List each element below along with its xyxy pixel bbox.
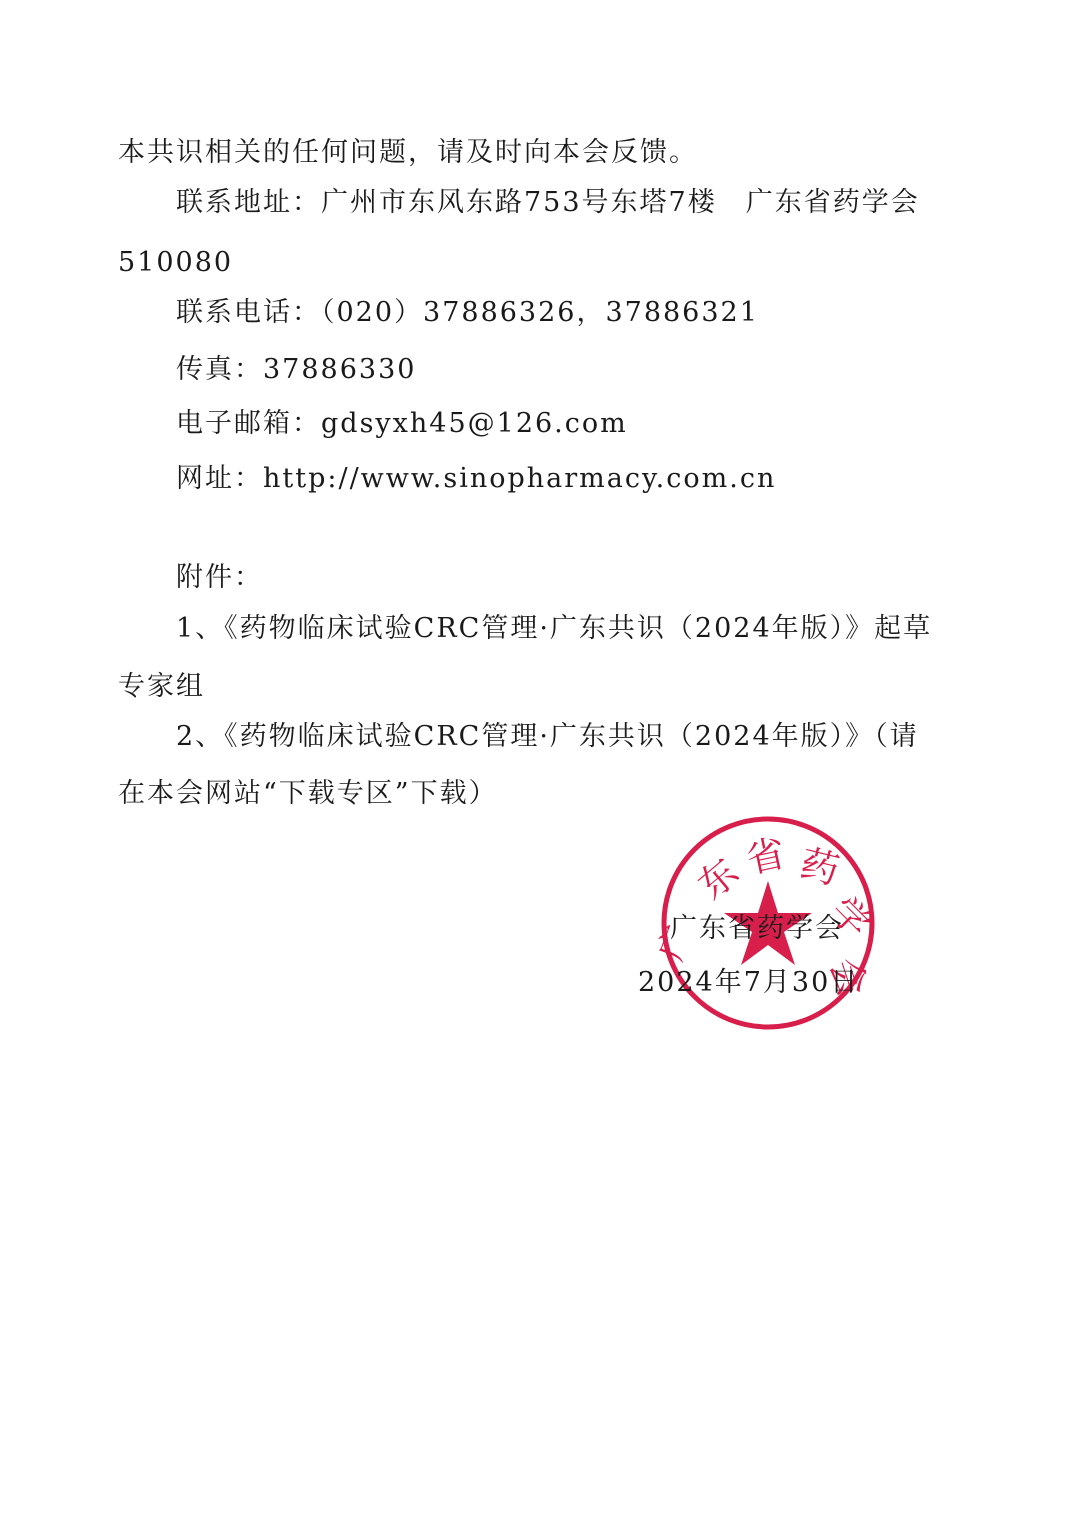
attachment-1-cont: 专家组 [118,670,205,704]
contact-phone: 联系电话：（020）37886326，37886321 [176,296,759,330]
contact-fax: 传真：37886330 [176,353,416,387]
svg-text:药: 药 [796,841,844,893]
signature-date: 2024年7月30日 [638,966,859,1000]
contact-website: 网址：http://www.sinopharmacy.com.cn [176,462,776,496]
postal-code: 510080 [118,246,233,280]
attachment-2-cont: 在本会网站“下载专区”下载） [118,777,498,811]
attachment-2: 2、《药物临床试验CRC管理·广东共识（2024年版）》（请 [176,720,919,754]
attachments-heading: 附件： [176,561,263,595]
contact-email: 电子邮箱：gdsyxh45@126.com [176,407,628,441]
svg-text:东: 东 [690,850,747,908]
contact-address: 联系地址：广州市东风东路753号东塔7楼 广东省药学会 [176,186,920,220]
svg-text:省: 省 [743,831,789,882]
attachment-1: 1、《药物临床试验CRC管理·广东共识（2024年版）》起草 [176,612,932,646]
body-line-0: 本共识相关的任何问题，请及时向本会反馈。 [118,136,698,170]
signature-organization: 广东省药学会 [670,912,844,946]
